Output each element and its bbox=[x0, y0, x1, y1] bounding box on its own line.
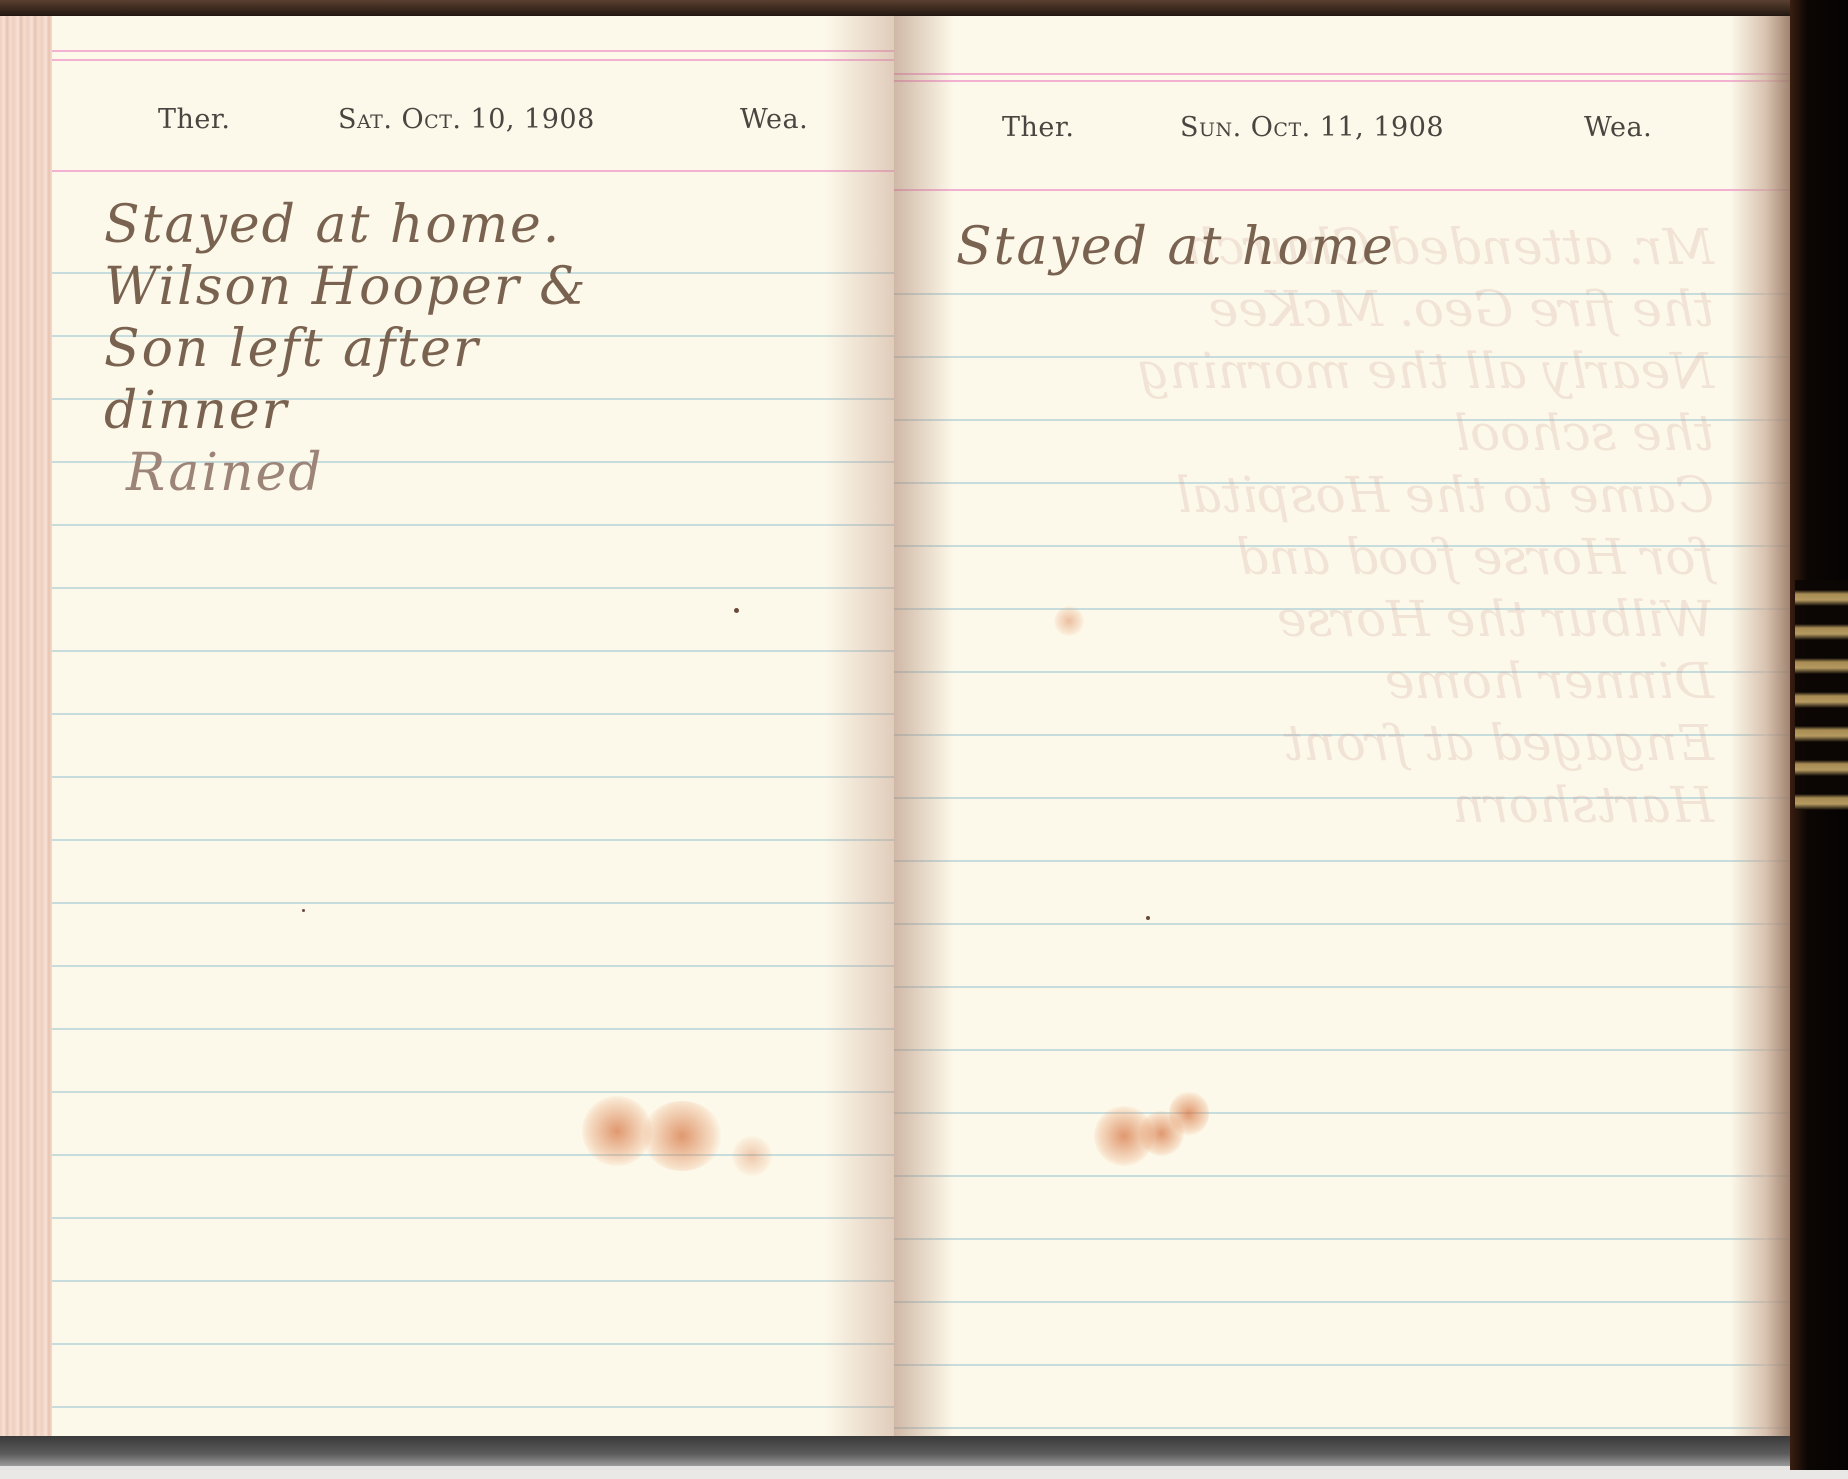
foxing-stain bbox=[642, 1101, 722, 1171]
entry-line: Stayed at home bbox=[956, 216, 1395, 278]
weather-label: Wea. bbox=[740, 104, 808, 135]
gutter-shadow bbox=[824, 16, 894, 1438]
diary-entry-text: Stayed at home bbox=[956, 216, 1395, 278]
ink-speck bbox=[302, 909, 305, 912]
foxing-stain bbox=[1169, 1091, 1209, 1136]
entry-line: dinner bbox=[104, 380, 588, 442]
scanned-diary-spread: Ther. Sat. Oct. 10, 1908 Wea. Stayed at … bbox=[0, 0, 1848, 1470]
binding-clasp bbox=[1795, 580, 1848, 810]
weather-label: Wea. bbox=[1584, 112, 1652, 143]
foxing-stain bbox=[732, 1136, 772, 1176]
page-date: Sun. Oct. 11, 1908 bbox=[1180, 112, 1444, 143]
diary-page-left: Ther. Sat. Oct. 10, 1908 Wea. Stayed at … bbox=[52, 16, 894, 1438]
ink-speck bbox=[734, 608, 739, 613]
page-edge-shade bbox=[1730, 16, 1790, 1438]
pink-rule-top-1 bbox=[894, 73, 1790, 75]
pink-rule-header bbox=[894, 189, 1790, 191]
pink-rule-top-2 bbox=[894, 80, 1790, 82]
page-date: Sat. Oct. 10, 1908 bbox=[338, 104, 595, 135]
entry-line: Stayed at home. bbox=[104, 194, 588, 256]
pink-rule-top-2 bbox=[52, 59, 894, 61]
thermometer-label: Ther. bbox=[1002, 112, 1074, 143]
entry-line: Wilson Hooper & bbox=[104, 256, 588, 318]
thermometer-label: Ther. bbox=[158, 104, 230, 135]
diary-entry-text: Stayed at home. Wilson Hooper & Son left… bbox=[104, 194, 588, 504]
pink-rule-header bbox=[52, 170, 894, 172]
foxing-stain bbox=[1054, 606, 1084, 636]
stacked-page-edges bbox=[0, 16, 52, 1440]
entry-line: Rained bbox=[104, 442, 588, 504]
diary-page-right: Mr. attended Churchthe fire Geo. McKeeNe… bbox=[894, 16, 1790, 1438]
gutter-shadow bbox=[894, 16, 954, 1438]
ink-speck bbox=[1146, 916, 1150, 920]
bleed-through-text: Mr. attended Churchthe fire Geo. McKeeNe… bbox=[994, 216, 1714, 836]
bottom-page-edge bbox=[0, 1436, 1790, 1466]
pink-rule-top-1 bbox=[52, 50, 894, 52]
entry-line: Son left after bbox=[104, 318, 588, 380]
